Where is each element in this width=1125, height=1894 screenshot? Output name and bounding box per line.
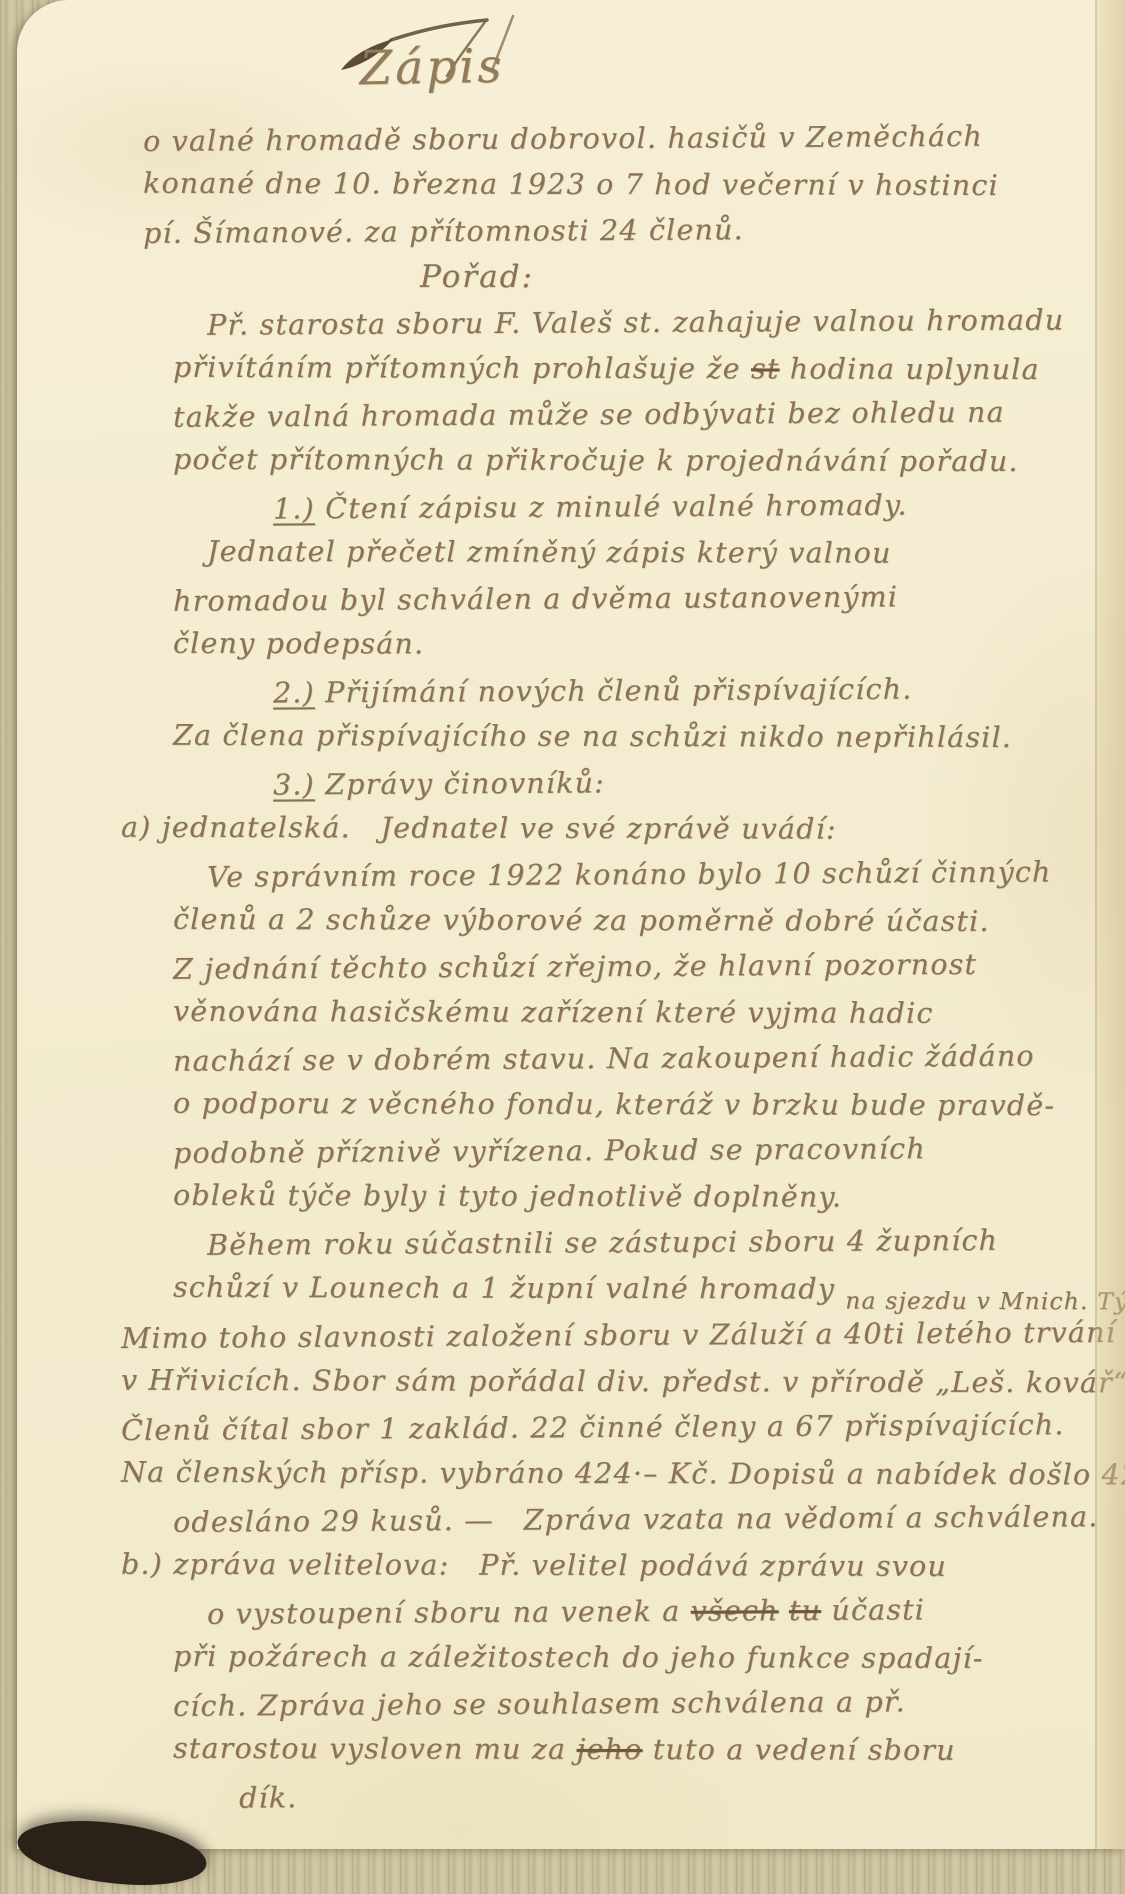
handwriting-text: cích. Zpráva jeho se souhlasem schválena… (173, 1685, 906, 1722)
handwriting-text: pí. Šímanové. za přítomnosti 24 členů. (143, 213, 744, 250)
handwriting-text: Za člena přispívajícího se na schůzi nik… (173, 719, 1012, 754)
struck-word: jeho (576, 1733, 642, 1766)
manuscript-line: Ve správním roce 1922 konáno bylo 10 sch… (207, 849, 1091, 900)
manuscript-line: věnována hasičskému zařízení které vyjma… (173, 989, 1091, 1037)
manuscript-line: Př. starosta sboru F. Valeš st. zahajuje… (207, 297, 1091, 348)
handwriting-text: Členů čítal sbor 1 zaklád. 22 činné člen… (121, 1408, 1065, 1447)
manuscript-line: podobně příznivě vyřízena. Pokud se prac… (173, 1125, 1091, 1177)
manuscript-line: počet přítomných a přikročuje k projedná… (173, 437, 1091, 485)
handwriting-text: Na členských přísp. vybráno 424·– Kč. Do… (121, 1456, 1125, 1492)
handwriting-text: starostou vysloven mu za (173, 1732, 577, 1766)
handwriting-text: v Hřivicích. Sbor sám pořádal div. předs… (121, 1364, 1125, 1400)
handwriting-text: Během roku súčastnili se zástupci sboru … (207, 1224, 998, 1262)
handwriting-text: Přijímání nových členů přispívajících. (315, 673, 913, 710)
manuscript-line: Z jednání těchto schůzí zřejmo, že hlavn… (173, 941, 1091, 993)
handwriting-text: Př. starosta sboru F. Valeš st. zahajuje… (207, 303, 1064, 341)
manuscript-line: o vystoupení sboru na venek a všech tu ú… (207, 1586, 1091, 1637)
underlined-text: 1.) (273, 492, 315, 525)
handwriting-text: Jednatel přečetl zmíněný zápis který val… (207, 535, 892, 570)
handwriting-text: Mimo toho slavnosti založení sboru v Zál… (121, 1316, 1116, 1355)
handwriting-text: hodina uplynula (779, 352, 1039, 386)
handwriting-text: nachází se v dobrém stavu. Na zakoupení … (173, 1040, 1035, 1078)
manuscript-line: při požárech a záležitostech do jeho fun… (173, 1634, 1091, 1682)
manuscript-line: 3.) Zprávy činovníků: (273, 758, 1091, 809)
handwriting-text: při požárech a záležitostech do jeho fun… (173, 1640, 984, 1675)
manuscript-line: nachází se v dobrém stavu. Na zakoupení … (173, 1033, 1091, 1085)
handwriting-text: podobně příznivě vyřízena. Pokud se prac… (173, 1132, 926, 1170)
manuscript-line: cích. Zpráva jeho se souhlasem schválena… (173, 1678, 1091, 1730)
manuscript-line: 1.) Čtení zápisu z minulé valné hromady. (273, 482, 1091, 533)
struck-word: tu (789, 1594, 821, 1627)
manuscript-line: dík. (239, 1770, 1091, 1821)
manuscript-line: přivítáním přítomných prohlašuje že st h… (173, 345, 1091, 393)
handwriting-text: konané dne 10. března 1923 o 7 hod večer… (143, 167, 999, 202)
handwriting-text: obleků týče byly i tyto jednotlivě dopln… (173, 1179, 842, 1214)
manuscript-line: konané dne 10. března 1923 o 7 hod večer… (143, 161, 1091, 209)
handwriting-text: schůzí v Lounech a 1 župní valné hromady (173, 1271, 845, 1306)
handwriting-text: dík. (239, 1781, 298, 1814)
manuscript-line: b.) zpráva velitelova: Př. velitel podáv… (121, 1542, 1091, 1591)
manuscript-line: hromadou byl schválen a dvěma ustanovený… (173, 573, 1091, 625)
handwriting-text: Zprávy činovníků: (315, 766, 605, 801)
handwriting-text: Z jednání těchto schůzí zřejmo, že hlavn… (173, 948, 977, 986)
manuscript-body: o valné hromadě sboru dobrovol. hasičů v… (143, 116, 1091, 1819)
handwriting-text: tuto a vedení sboru (642, 1733, 955, 1767)
handwriting-text: Ve správním roce 1922 konáno bylo 10 sch… (207, 856, 1052, 894)
document-title: Zápis (302, 38, 563, 98)
page-right-edge (1097, 0, 1125, 1849)
manuscript-line: pí. Šímanové. za přítomnosti 24 členů. (143, 205, 1091, 257)
handwriting-text: a) jednatelská. Jednatel ve své zprávě u… (121, 811, 837, 846)
handwriting-text: členy podepsán. (173, 627, 424, 661)
handwriting-text: odesláno 29 kusů. — Zpráva vzata na vědo… (173, 1500, 1099, 1539)
manuscript-line: Členů čítal sbor 1 zaklád. 22 činné člen… (121, 1402, 1091, 1454)
handwriting-text (779, 1594, 789, 1627)
handwriting-text: Čtení zápisu z minulé valné hromady. (315, 489, 908, 526)
manuscript-line: starostou vysloven mu za jeho tuto a ved… (173, 1726, 1091, 1774)
manuscript-line: Během roku súčastnili se zástupci sboru … (207, 1217, 1091, 1268)
underlined-text: 2.) (273, 676, 315, 709)
manuscript-line: 2.) Přijímání nových členů přispívajícíc… (273, 666, 1091, 717)
handwriting-text: o podporu z věcného fondu, kteráž v brzk… (173, 1087, 1055, 1122)
manuscript-line: členy podepsán. (173, 621, 1091, 669)
manuscript-line: o valné hromadě sboru dobrovol. hasičů v… (143, 113, 1091, 165)
handwriting-text: o vystoupení sboru na venek a (207, 1595, 691, 1631)
handwriting-text: b.) zpráva velitelova: Př. velitel podáv… (121, 1548, 947, 1583)
agenda-heading: Pořad: (143, 253, 811, 301)
handwriting-text: Pořad: (420, 259, 534, 295)
manuscript-page: Zápis o valné hromadě sboru dobrovol. ha… (17, 0, 1125, 1849)
manuscript-line: obleků týče byly i tyto jednotlivě dopln… (173, 1173, 1091, 1221)
handwriting-text: přivítáním přítomných prohlašuje že (173, 351, 751, 386)
handwriting-text: takže valná hromada může se odbývati bez… (173, 396, 1005, 434)
manuscript-line: Na členských přísp. vybráno 424·– Kč. Do… (121, 1450, 1091, 1499)
manuscript-line: v Hřivicích. Sbor sám pořádal div. předs… (121, 1358, 1091, 1407)
manuscript-line: členů a 2 schůze výborové za poměrně dob… (173, 897, 1091, 945)
handwriting-text: počet přítomných a přikročuje k projedná… (173, 443, 1019, 478)
handwriting-text: věnována hasičskému zařízení které vyjma… (173, 995, 934, 1030)
struck-word: všech (691, 1594, 779, 1628)
underlined-text: 3.) (273, 768, 315, 801)
manuscript-line: a) jednatelská. Jednatel ve své zprávě u… (121, 805, 1091, 854)
struck-word: st (751, 352, 780, 385)
handwriting-text: hromadou byl schválen a dvěma ustanovený… (173, 580, 898, 617)
manuscript-line: odesláno 29 kusů. — Zpráva vzata na vědo… (173, 1494, 1091, 1546)
manuscript-line: Za člena přispívajícího se na schůzi nik… (173, 713, 1091, 761)
handwriting-text: členů a 2 schůze výborové za poměrně dob… (173, 903, 990, 938)
manuscript-line: Jednatel přečetl zmíněný zápis který val… (207, 529, 1091, 577)
handwriting-text: o valné hromadě sboru dobrovol. hasičů v… (143, 120, 983, 158)
manuscript-line: takže valná hromada může se odbývati bez… (173, 389, 1091, 441)
manuscript-line: schůzí v Lounech a 1 župní valné hromady… (173, 1265, 1091, 1314)
handwriting-text: účasti (821, 1593, 925, 1627)
manuscript-line: Mimo toho slavnosti založení sboru v Zál… (121, 1310, 1091, 1362)
manuscript-line: o podporu z věcného fondu, kteráž v brzk… (173, 1081, 1091, 1129)
